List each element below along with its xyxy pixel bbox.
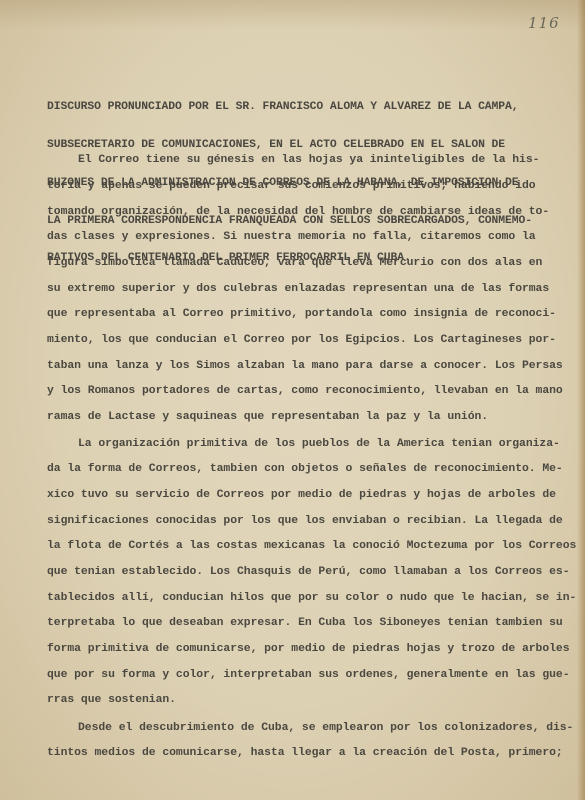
body-line: taban una lanza y los Simos alzaban la m…	[47, 360, 563, 374]
body-line: toria y apenas se pueden precisar sus co…	[47, 180, 536, 194]
heading-line: DISCURSO PRONUNCIADO POR EL SR. FRANCISC…	[47, 101, 567, 114]
body-line: y los Romanos portadores de cartas, como…	[47, 385, 563, 399]
body-line: la flota de Cortés a las costas mexicana…	[47, 540, 576, 554]
body-line: que representaba al Correo primitivo, po…	[47, 308, 556, 322]
body-line: tomando organización, de la necesidad de…	[47, 206, 549, 220]
body-line: significaciones conocidas por los que lo…	[47, 515, 563, 529]
body-line: forma primitiva de comunicarse, por medi…	[47, 643, 569, 657]
body-line: tintos medios de comunicarse, hasta lleg…	[47, 747, 563, 761]
page-top-shading	[0, 0, 585, 30]
heading-line: SUBSECRETARIO DE COMUNICACIONES, EN EL A…	[47, 139, 567, 152]
page-right-edge	[577, 0, 585, 800]
body-line: miento, los que conducian el Correo por …	[47, 334, 556, 348]
body-line: xico tuvo su servicio de Correos por med…	[47, 489, 556, 503]
body-line: terpretaba lo que deseaban expresar. En …	[47, 617, 563, 631]
body-line: rras que sostenian.	[47, 694, 176, 708]
paragraph-first-line: Desde el descubrimiento de Cuba, se empl…	[47, 722, 573, 736]
handwritten-page-number: 116	[528, 14, 560, 32]
body-line: das clases y expresiones. Si nuestra mem…	[47, 231, 536, 245]
body-line: que tenian establecido. Los Chasquis de …	[47, 566, 569, 580]
scanned-page: 116 DISCURSO PRONUNCIADO POR EL SR. FRAN…	[0, 0, 585, 800]
body-line: tablecidos allí, conducian hilos que por…	[47, 592, 576, 606]
body-line: da la forma de Correos, tambien con obje…	[47, 463, 563, 477]
body-line: ramas de Lactase y saquineas que represe…	[47, 411, 488, 425]
body-line: su extremo superior y dos culebras enlaz…	[47, 283, 549, 297]
paragraph-first-line: La organización primitiva de los pueblos…	[47, 438, 560, 452]
paragraph-first-line: El Correo tiene su génesis en las hojas …	[47, 154, 539, 168]
body-line: figura simbolica llamada Caduceo, vara q…	[47, 257, 542, 271]
body-line: que por su forma y color, interpretaban …	[47, 669, 569, 683]
